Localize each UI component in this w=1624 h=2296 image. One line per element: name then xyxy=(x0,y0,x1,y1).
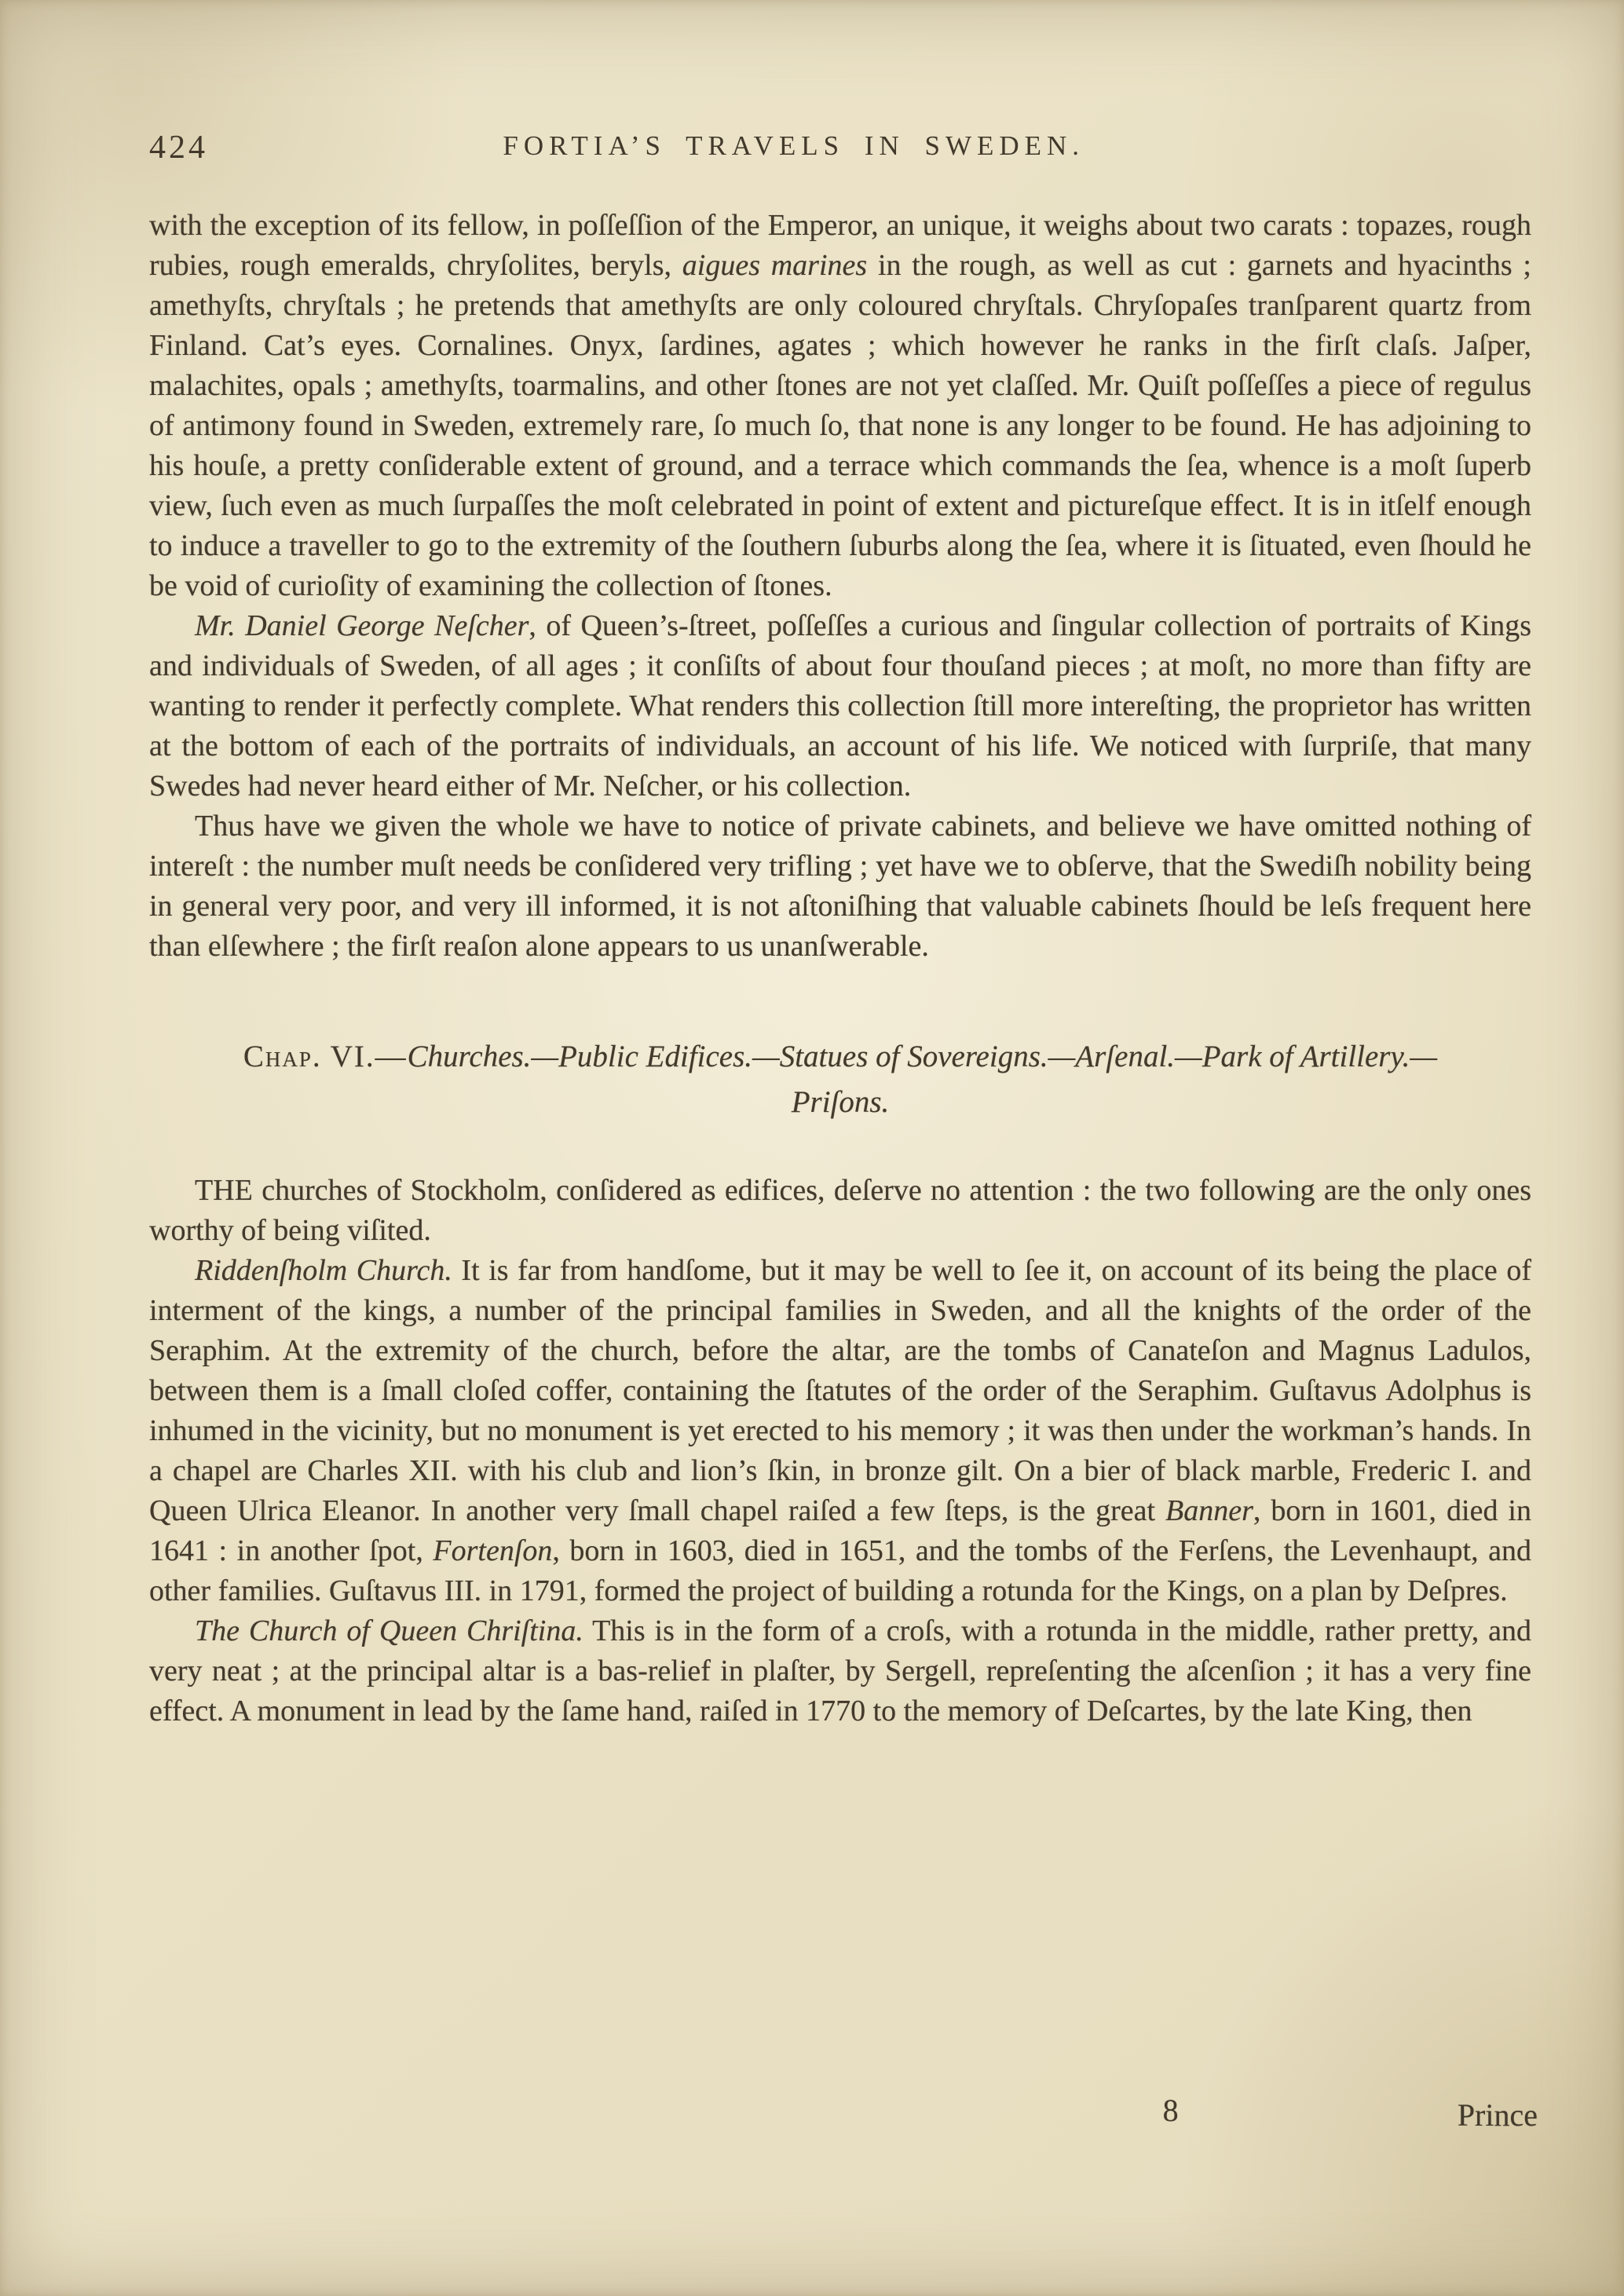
text-segment: in the rough, as well as cut : garnets a… xyxy=(149,249,1531,602)
page-body: with the exception of its fellow, in poſ… xyxy=(149,206,1531,1731)
body-paragraph-5: Riddenſholm Church. It is far from handſ… xyxy=(149,1251,1531,1611)
body-paragraph-6: The Church of Queen Chriſtina. This is i… xyxy=(149,1611,1531,1731)
body-paragraph-3: Thus have we given the whole we have to … xyxy=(149,806,1531,967)
text-segment: Riddenſholm Church. xyxy=(195,1254,452,1287)
book-page: 424 FORTIA’S TRAVELS IN SWEDEN. with the… xyxy=(0,0,1624,2296)
chapter-heading: Chap. VI.—Churches.—Public Edifices.—Sta… xyxy=(204,1034,1476,1125)
text-segment: Thus have we given the whole we have to … xyxy=(149,810,1531,963)
page-footer: 8 Prince xyxy=(149,2092,1538,2139)
page-header: 424 FORTIA’S TRAVELS IN SWEDEN. xyxy=(149,124,1531,179)
running-title: FORTIA’S TRAVELS IN SWEDEN. xyxy=(503,130,1084,162)
text-segment: THE churches of Stockholm, conſidered as… xyxy=(149,1174,1531,1247)
text-segment: Churches.—Public Edifices.—Statues of So… xyxy=(408,1040,1437,1119)
text-segment: Chap. VI.— xyxy=(243,1040,408,1073)
text-segment: Mr. Daniel George Neſcher xyxy=(195,609,529,642)
signature-mark: 8 xyxy=(1163,2092,1179,2129)
text-segment: Banner xyxy=(1165,1494,1253,1527)
body-paragraph-2: Mr. Daniel George Neſcher, of Queen’s-ſt… xyxy=(149,606,1531,806)
text-segment: It is far from handſome, but it may be w… xyxy=(149,1254,1531,1527)
body-paragraph-4: THE churches of Stockholm, conſidered as… xyxy=(149,1171,1531,1251)
catchword: Prince xyxy=(1458,2097,1538,2133)
page-number: 424 xyxy=(149,129,208,166)
text-segment: The Church of Queen Chriſtina. xyxy=(195,1614,583,1647)
text-segment: Fortenſon xyxy=(433,1534,552,1567)
body-paragraph-1: with the exception of its fellow, in poſ… xyxy=(149,206,1531,606)
text-segment: aigues marines xyxy=(682,249,867,282)
